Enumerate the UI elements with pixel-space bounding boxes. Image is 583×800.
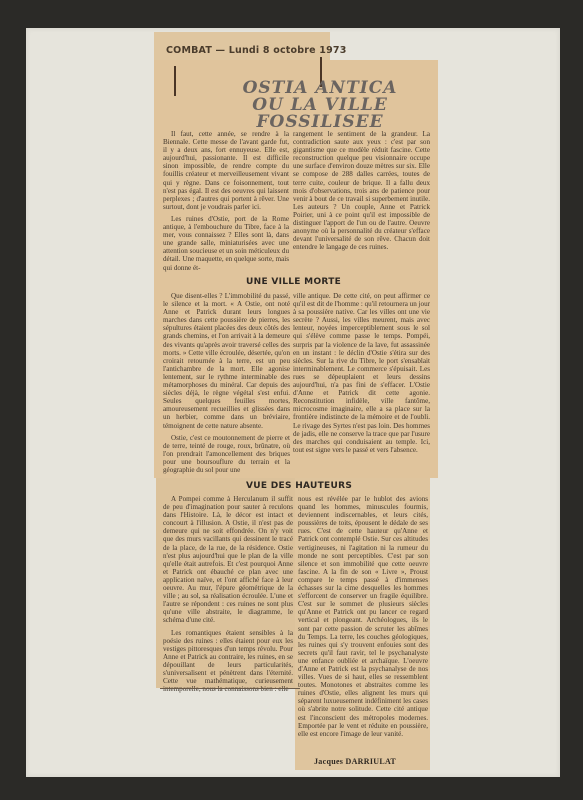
paragraph: ville antique. De cette cité, on peut af…	[293, 292, 430, 454]
paragraph: Ostie, c'est ce moutonnement de pierre e…	[163, 434, 290, 474]
article-column-5: A Pompei comme à Herculanum il suffit de…	[163, 495, 293, 697]
article-column-4: ville antique. De cette cité, on peut af…	[293, 292, 430, 458]
subheading-vue-des-hauteurs: VUE DES HAUTEURS	[246, 481, 352, 491]
article-column-2: rangement le sentiment de la grandeur. L…	[293, 130, 430, 255]
paragraph: Les romantiques étaient sensibles à la p…	[163, 629, 293, 694]
cut-edge-line	[160, 688, 300, 689]
headline-line: FOSSILISEE	[215, 114, 425, 131]
article-headline: OSTIA ANTICA OU LA VILLE FOSSILISEE	[215, 80, 425, 131]
paragraph: nous est révélée par le hublot des avion…	[298, 495, 428, 738]
author-signature: Jacques DARRIULAT	[314, 757, 396, 766]
subheading-une-ville-morte: UNE VILLE MORTE	[246, 277, 341, 287]
paragraph: Les ruines d'Ostie, port de la Rome anti…	[163, 215, 289, 272]
paragraph: Que disent-elles ? L'immobilité du passé…	[163, 292, 290, 430]
newspaper-dateline: COMBAT — Lundi 8 octobre 1973	[166, 45, 347, 56]
article-column-3: Que disent-elles ? L'immobilité du passé…	[163, 292, 290, 478]
article-column-6: nous est révélée par le hublot des avion…	[298, 495, 428, 742]
paragraph: rangement le sentiment de la grandeur. L…	[293, 130, 430, 251]
article-column-1: Il faut, cette année, se rendre à la Bie…	[163, 130, 289, 276]
pen-mark	[174, 66, 176, 96]
paragraph: A Pompei comme à Herculanum il suffit de…	[163, 495, 293, 625]
paragraph: Il faut, cette année, se rendre à la Bie…	[163, 130, 289, 211]
